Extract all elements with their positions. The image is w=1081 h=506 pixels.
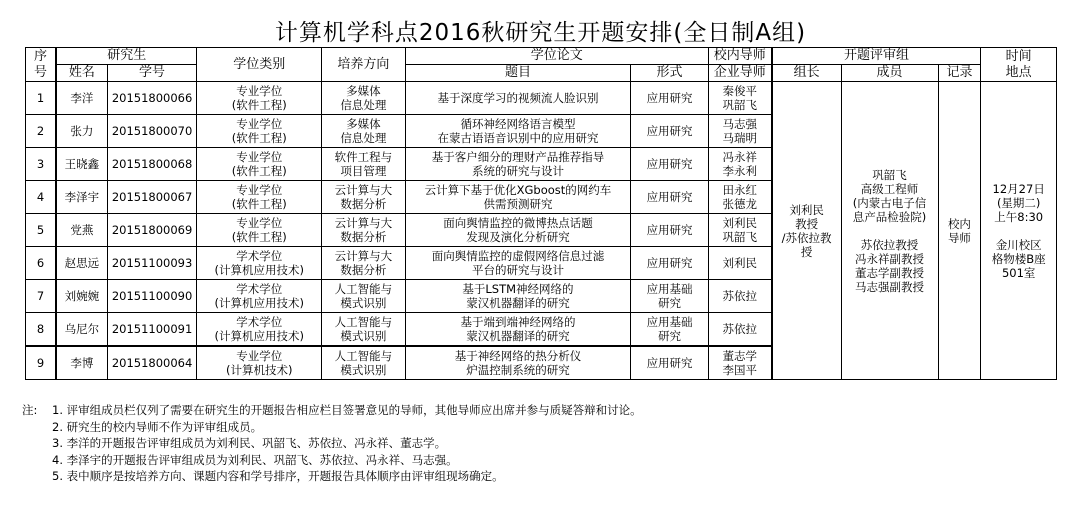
header-student-id: 学号 [107, 65, 197, 82]
advisor-cell: 马志强马瑞明 [708, 115, 771, 148]
name-cell: 党燕 [56, 214, 107, 247]
seq-cell: 3 [26, 148, 57, 181]
topic-cell: 面向舆情监控的虚假网络信息过滤平台的研究与设计 [405, 247, 631, 280]
name-cell: 张力 [56, 115, 107, 148]
advisor-cell: 刘利民 [708, 247, 771, 280]
note-item: 3. 李洋的开题报告评审组成员为刘利民、巩韶飞、苏依拉、冯永祥、董志学。 [22, 435, 642, 452]
form-cell: 应用研究 [631, 247, 709, 280]
header-members: 成员 [841, 65, 938, 82]
form-cell: 应用研究 [631, 148, 709, 181]
advisor-cell: 田永红张德龙 [708, 181, 771, 214]
header-name: 姓名 [56, 65, 107, 82]
committee-members-cell: 巩韶飞高级工程师(内蒙古电子信息产品检验院) 苏依拉教授冯永祥副教授董志学副教授… [841, 82, 938, 380]
degree-cell: 专业学位(软件工程) [197, 181, 322, 214]
form-cell: 应用研究 [631, 115, 709, 148]
header-leader: 组长 [772, 65, 841, 82]
seq-cell: 2 [26, 115, 57, 148]
degree-cell: 学术学位(计算机应用技术) [197, 247, 322, 280]
note-item: 注:1. 评审组成员栏仅列了需要在研究生的开题报告相应栏目签署意见的导师，其他导… [22, 402, 642, 419]
header-student: 研究生 [56, 48, 197, 65]
direction-cell: 人工智能与模式识别 [322, 346, 406, 380]
topic-cell: 云计算下基于优化XGboost的网约车供需预测研究 [405, 181, 631, 214]
advisor-cell: 董志学李国平 [708, 346, 771, 380]
header-advisor-internal: 校内导师 [708, 48, 771, 65]
student-id-cell: 20151800064 [107, 346, 197, 380]
header-row-1: 序号 研究生 学位类别 培养方向 学位论文 校内导师 开题评审组 时间地点 [26, 48, 1057, 65]
direction-cell: 人工智能与模式识别 [322, 313, 406, 347]
committee-recorder-cell: 校内导师 [938, 82, 981, 380]
student-id-cell: 20151100091 [107, 313, 197, 347]
student-id-cell: 20151100090 [107, 280, 197, 313]
note-text: 1. 评审组成员栏仅列了需要在研究生的开题报告相应栏目签署意见的导师，其他导师应… [52, 403, 642, 417]
notes-section: 注:1. 评审组成员栏仅列了需要在研究生的开题报告相应栏目签署意见的导师，其他导… [22, 402, 642, 485]
advisor-cell: 刘利民巩韶飞 [708, 214, 771, 247]
name-cell: 赵思远 [56, 247, 107, 280]
degree-cell: 专业学位(软件工程) [197, 115, 322, 148]
header-degree-type: 学位类别 [197, 48, 322, 82]
topic-cell: 循环神经网络语言模型在蒙古语语音识别中的应用研究 [405, 115, 631, 148]
seq-cell: 5 [26, 214, 57, 247]
advisor-cell: 冯永祥李永利 [708, 148, 771, 181]
schedule-table: 序号 研究生 学位类别 培养方向 学位论文 校内导师 开题评审组 时间地点 姓名… [25, 47, 1057, 380]
name-cell: 李博 [56, 346, 107, 380]
seq-cell: 6 [26, 247, 57, 280]
topic-cell: 基于客户细分的理财产品推荐指导系统的研究与设计 [405, 148, 631, 181]
note-text: 3. 李洋的开题报告评审组成员为刘利民、巩韶飞、苏依拉、冯永祥、董志学。 [52, 436, 446, 450]
student-id-cell: 20151800066 [107, 82, 197, 115]
direction-cell: 软件工程与项目管理 [322, 148, 406, 181]
direction-cell: 云计算与大数据分析 [322, 214, 406, 247]
header-committee: 开题评审组 [772, 48, 981, 65]
topic-cell: 基于神经网络的热分析仪炉温控制系统的研究 [405, 346, 631, 380]
topic-cell: 面向舆情监控的微博热点话题发现及演化分析研究 [405, 214, 631, 247]
name-cell: 王晓鑫 [56, 148, 107, 181]
header-direction: 培养方向 [322, 48, 406, 82]
direction-cell: 多媒体信息处理 [322, 82, 406, 115]
name-cell: 李洋 [56, 82, 107, 115]
note-item: 2. 研究生的校内导师不作为评审组成员。 [22, 419, 642, 436]
direction-cell: 多媒体信息处理 [322, 115, 406, 148]
form-cell: 应用基础研究 [631, 280, 709, 313]
name-cell: 乌尼尔 [56, 313, 107, 347]
advisor-cell: 苏依拉 [708, 313, 771, 347]
topic-cell: 基于端到端神经网络的蒙汉机器翻译的研究 [405, 313, 631, 347]
student-id-cell: 20151100093 [107, 247, 197, 280]
direction-cell: 云计算与大数据分析 [322, 247, 406, 280]
name-cell: 刘婉婉 [56, 280, 107, 313]
table-row: 1李洋20151800066专业学位(软件工程)多媒体信息处理基于深度学习的视频… [26, 82, 1057, 115]
advisor-cell: 苏依拉 [708, 280, 771, 313]
form-cell: 应用研究 [631, 181, 709, 214]
student-id-cell: 20151800069 [107, 214, 197, 247]
header-recorder: 记录 [938, 65, 981, 82]
header-topic: 题目 [405, 65, 631, 82]
note-text: 5. 表中顺序是按培养方向、课题内容和学号排序，开题报告具体顺序由评审组现场确定… [52, 469, 504, 483]
seq-cell: 4 [26, 181, 57, 214]
time-place-cell: 12月27日(星期二)上午8:30 金川校区格物楼B座501室 [981, 82, 1057, 380]
note-item: 5. 表中顺序是按培养方向、课题内容和学号排序，开题报告具体顺序由评审组现场确定… [22, 468, 642, 485]
student-id-cell: 20151800068 [107, 148, 197, 181]
name-cell: 李泽宇 [56, 181, 107, 214]
header-seq: 序号 [26, 48, 57, 82]
header-advisor-enterprise: 企业导师 [708, 65, 771, 82]
form-cell: 应用研究 [631, 214, 709, 247]
header-thesis: 学位论文 [405, 48, 708, 65]
seq-cell: 9 [26, 346, 57, 380]
page-title: 计算机学科点2016秋研究生开题安排(全日制A组) [0, 14, 1081, 47]
note-item: 4. 李泽宇的开题报告评审组成员为刘利民、巩韶飞、苏依拉、冯永祥、马志强。 [22, 452, 642, 469]
note-text: 2. 研究生的校内导师不作为评审组成员。 [52, 420, 262, 434]
direction-cell: 人工智能与模式识别 [322, 280, 406, 313]
degree-cell: 专业学位(计算机技术) [197, 346, 322, 380]
degree-cell: 学术学位(计算机应用技术) [197, 280, 322, 313]
note-lead: 注: [22, 402, 52, 419]
form-cell: 应用基础研究 [631, 313, 709, 347]
form-cell: 应用研究 [631, 82, 709, 115]
header-form: 形式 [631, 65, 709, 82]
topic-cell: 基于深度学习的视频流人脸识别 [405, 82, 631, 115]
degree-cell: 学术学位(计算机应用技术) [197, 313, 322, 347]
header-row-2: 姓名 学号 题目 形式 企业导师 组长 成员 记录 [26, 65, 1057, 82]
degree-cell: 专业学位(软件工程) [197, 214, 322, 247]
note-text: 4. 李泽宇的开题报告评审组成员为刘利民、巩韶飞、苏依拉、冯永祥、马志强。 [52, 453, 458, 467]
topic-cell: 基于LSTM神经网络的蒙汉机器翻译的研究 [405, 280, 631, 313]
advisor-cell: 秦俊平巩韶飞 [708, 82, 771, 115]
header-time-place: 时间地点 [981, 48, 1057, 82]
committee-leader-cell: 刘利民教授/苏依拉教授 [772, 82, 841, 380]
student-id-cell: 20151800070 [107, 115, 197, 148]
seq-cell: 8 [26, 313, 57, 347]
student-id-cell: 20151800067 [107, 181, 197, 214]
seq-cell: 1 [26, 82, 57, 115]
direction-cell: 云计算与大数据分析 [322, 181, 406, 214]
degree-cell: 专业学位(软件工程) [197, 148, 322, 181]
seq-cell: 7 [26, 280, 57, 313]
degree-cell: 专业学位(软件工程) [197, 82, 322, 115]
form-cell: 应用研究 [631, 346, 709, 380]
